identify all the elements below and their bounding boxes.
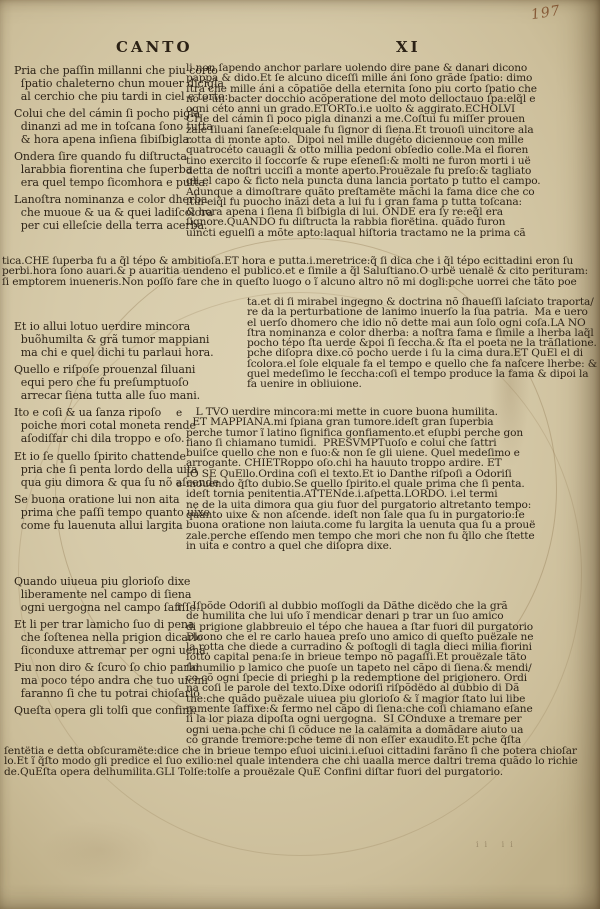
paper-stain — [40, 820, 160, 880]
margin-guide-letter: e — [176, 407, 182, 419]
book-page-scan: CANTO XI 197 Pria che paſſin millanni ch… — [0, 0, 600, 909]
commentary-bottom-strip: ſentëtia e detta obſcuramëte:dice che in… — [4, 746, 580, 777]
running-header-canto: CANTO — [116, 38, 193, 56]
commentary-fullwidth-strip: tica.CHE ſuperba fu a q̃l tépo & ambitio… — [2, 256, 580, 287]
margin-guide-letter: r — [177, 601, 182, 613]
running-header-canto-number: XI — [396, 38, 421, 56]
commentary-column-c: L TVO uerdire mincora:mi mette in cuore … — [186, 407, 562, 551]
quire-signature-mark: ii ii — [476, 840, 519, 849]
handwritten-folio-number: 197 — [530, 3, 562, 23]
commentary-column-d: Iſpõde Odoriſi al dubbio moſſogli da Dãt… — [186, 601, 562, 745]
commentary-column-top: li non ſapendo anchor parlare uolendo di… — [186, 63, 562, 238]
margin-guide-letter: e — [176, 478, 182, 490]
commentary-column-mid: ta.et di ſi mirabel ingegno & doctrina n… — [247, 297, 567, 390]
